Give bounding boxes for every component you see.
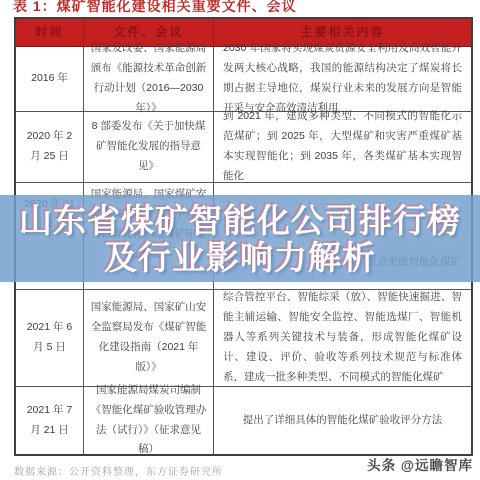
cell-document: 国家能源局煤炭司编制《智能化煤矿验收管理办法（试行）》（征求意见稿） (84, 387, 214, 454)
cell-time: 2020 年 2 月 25 日 (16, 112, 84, 183)
cell-content: 2030 年国家将实现煤炭资源安全利用及高效智能开发两大核心战略，我国的能源结构… (214, 47, 471, 112)
page-title: 表 1：煤矿智能化建设相关重要文件、会议 (13, 0, 297, 16)
watermark: 头条 @远瞻智库 (367, 454, 473, 474)
cell-time: 2016 年 (16, 47, 84, 112)
cell-document: 国家发改委、国家能源局颁布《能源技术革命创新行动计划（2016—2030 年）》 (84, 47, 214, 112)
cell-document: 国家能源局、国家矿山安全监察局发布《煤矿智能化建设指南（2021 年版）》 (84, 290, 214, 387)
cell-content: 综合管控平台、智能综采（放）、智能快速掘进、智能主辅运输、智能安全监控、智能选煤… (214, 290, 471, 387)
banner-title-line2: 及行业影响力解析 (104, 239, 376, 276)
header-time: 时间 (16, 19, 84, 47)
cell-time: 2021 年 6 月 5 日 (16, 290, 84, 387)
cell-time: 2021 年 7 月 21 日 (16, 387, 84, 454)
cell-content: 到 2021 年，建成多种类型、不同模式的智能化示范煤矿；到 2025 年，大型… (214, 112, 471, 183)
data-source-note: 数据来源：公开资料整理，东方证券研究所 (14, 463, 223, 478)
cell-content: 提出了详细具体的智能化煤矿验收评分方法 (214, 387, 471, 454)
cell-document: 8 部委发布《关于加快煤矿智能化发展的指导意见》 (84, 112, 214, 183)
overlay-title-banner: 山东省煤矿智能化公司排行榜 及行业影响力解析 (0, 195, 480, 282)
banner-title-line1: 山东省煤矿智能化公司排行榜 (19, 202, 461, 239)
